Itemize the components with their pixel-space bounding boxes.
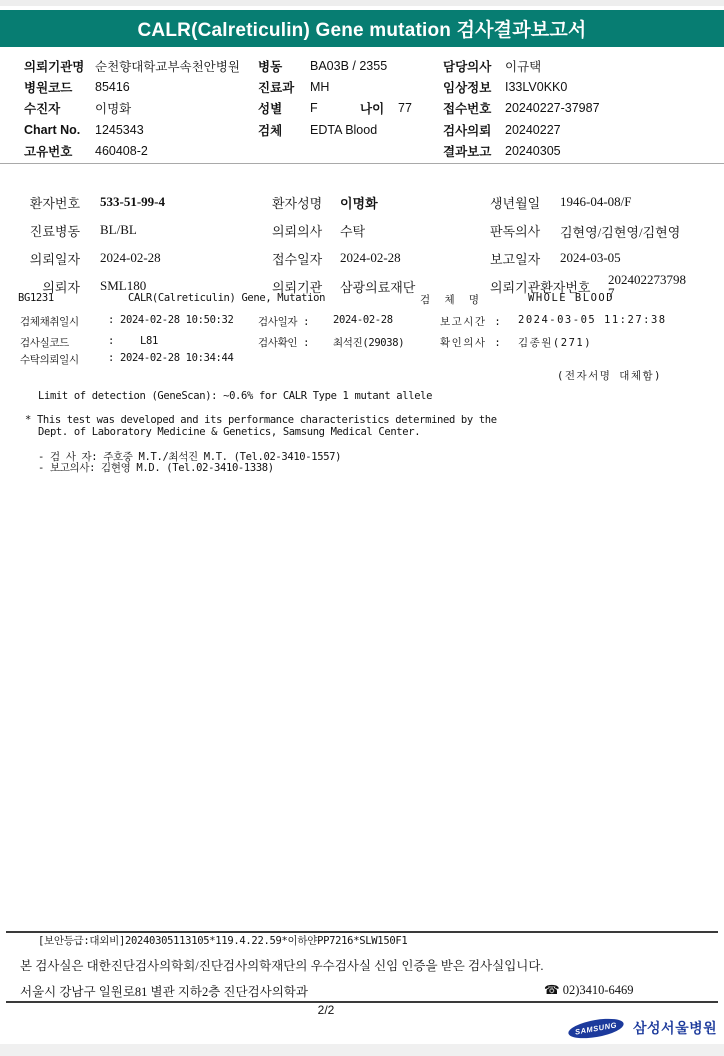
unique-no-row: 고유번호 460408-2 [24, 141, 240, 162]
unique-no-label: 고유번호 [24, 142, 95, 160]
specimen-name-label: 검 체 명 [420, 292, 483, 307]
security-classification-line: [보안등급:대외비]20240305113105*119.4.22.59*이하얀… [38, 933, 407, 948]
receipt-no-row: 접수번호 20240227-37987 [443, 98, 600, 119]
test-date-value: 2024-02-28 [333, 314, 393, 326]
attending-doctor-value: 이규택 [505, 57, 541, 75]
bottom-edge-strip [0, 1044, 724, 1056]
page-number: 2/2 [0, 1003, 652, 1017]
colon: : [108, 352, 114, 364]
address-line: 서울시 강남구 일원로81 별관 지하2층 진단검사의학과 [20, 982, 308, 1000]
order-info-right-column: 담당의사 이규택 임상정보 I33LV0KK0 접수번호 20240227-37… [443, 55, 600, 162]
birth-date-label: 생년월일 [490, 193, 540, 212]
ward-row: 병동 BA03B / 2355 [258, 55, 412, 76]
samsung-logo-icon: SAMSUNG [567, 1015, 625, 1041]
requesting-doctor-value: 수탁 [340, 221, 365, 240]
receipt-date-label: 접수일자 [272, 249, 324, 268]
sex-age-row: 성별 F 나이 77 [258, 98, 412, 119]
patient-no-row: 환자번호 533-51-99-4 [28, 188, 165, 216]
ward-label: 병동 [258, 57, 310, 75]
sex-value: F [310, 101, 360, 115]
section-divider [0, 163, 724, 164]
phone-block: ☎ 02)3410-6469 [544, 982, 634, 998]
confirm-doctor-label: 확인의사 : [440, 335, 502, 350]
department-value: MH [310, 80, 329, 94]
chart-no-row: Chart No. 1245343 [24, 119, 240, 140]
department-row: 진료과 MH [258, 76, 412, 97]
reading-doctor-value: 김현영/김현영/김현영 [560, 222, 680, 241]
ward-value: BA03B / 2355 [310, 59, 387, 73]
referral-row: 수탁의뢰일시 : 2024-02-28 10:34:44 [0, 352, 724, 367]
test-confirm-value: 최석진(29038) [333, 335, 404, 350]
clinical-info-label: 임상정보 [443, 78, 505, 96]
department-label: 진료과 [258, 78, 310, 96]
order-info-left-column: 의뢰기관명 순천향대학교부속천안병원 병원코드 85416 수진자 이명화 Ch… [24, 55, 240, 162]
report-time-label: 보고시간 : [440, 314, 502, 329]
lab-code-label: 검사실코드 [20, 335, 69, 350]
specimen-name-value: WHOLE BLOOD [528, 292, 614, 304]
specimen-type-row: 검체 EDTA Blood [258, 119, 412, 140]
patient-name-label: 환자성명 [272, 193, 324, 212]
test-title-row: BG1231 CALR(Calreticulin) Gene, Mutation… [0, 292, 724, 307]
test-date-label: 검사일자 : [258, 314, 309, 329]
examinee-value: 이명화 [95, 99, 131, 117]
clinical-info-value: I33LV0KK0 [505, 80, 567, 94]
colon: : [108, 335, 114, 347]
birth-date-row: 생년월일 1946-04-08/F [490, 188, 590, 216]
age-value: 77 [398, 101, 412, 115]
ordering-institution-label: 의뢰기관명 [24, 57, 95, 75]
ordering-institution-row: 의뢰기관명 순천향대학교부속천안병원 [24, 55, 240, 76]
clinical-info-row: 임상정보 I33LV0KK0 [443, 76, 600, 97]
colon: : [108, 314, 114, 326]
collection-datetime-value: 2024-02-28 10:50:32 [120, 314, 233, 326]
lab-code-value: L81 [140, 335, 158, 347]
care-ward-value: BL/BL [100, 222, 137, 238]
collection-row: 검체채취일시 : 2024-02-28 10:50:32 검사일자 : 2024… [0, 314, 724, 329]
samsung-logo-word: SAMSUNG [574, 1020, 617, 1036]
esign-row: (전자서명 대체함) [0, 368, 724, 383]
hospital-code-value: 85416 [95, 80, 130, 94]
requesting-doctor-row: 의뢰의사 수탁 [272, 216, 415, 244]
sex-label: 성별 [258, 99, 310, 117]
phone-number: 02)3410-6469 [563, 983, 634, 997]
report-date-value: 2024-03-05 [560, 250, 621, 266]
test-note-line1: * This test was developed and its perfor… [25, 414, 497, 426]
test-confirm-label: 검사확인 : [258, 335, 309, 350]
receipt-date-row: 접수일자 2024-02-28 [272, 244, 415, 272]
specimen-type-value: EDTA Blood [310, 123, 377, 137]
lab-report-page: CALR(Calreticulin) Gene mutation 검사결과보고서… [0, 0, 724, 1056]
unique-no-value: 460408-2 [95, 144, 148, 158]
test-request-date-label: 검사의뢰 [443, 121, 505, 139]
age-label: 나이 [360, 99, 398, 117]
test-request-date-value: 20240227 [505, 123, 561, 137]
top-edge-strip [0, 0, 724, 6]
result-report-date-row: 결과보고 20240305 [443, 141, 600, 162]
confirm-doctor-value: 김종원(271) [518, 335, 592, 350]
report-date-label: 보고일자 [490, 249, 540, 268]
attending-doctor-row: 담당의사 이규택 [443, 55, 600, 76]
reading-doctor-row: 판독의사 김현영/김현영/김현영 [490, 216, 590, 244]
ordering-institution-value: 순천향대학교부속천안병원 [95, 57, 240, 75]
referral-datetime-value: 2024-02-28 10:34:44 [120, 352, 233, 364]
collection-datetime-label: 검체채취일시 [20, 314, 79, 329]
phone-icon: ☎ [544, 983, 560, 997]
test-code: BG1231 [18, 292, 54, 304]
attending-doctor-label: 담당의사 [443, 57, 505, 75]
order-info-middle-column: 병동 BA03B / 2355 진료과 MH 성별 F 나이 77 검체 EDT… [258, 55, 412, 141]
examinee-row: 수진자 이명화 [24, 98, 240, 119]
accreditation-line: 본 검사실은 대한진단검사의학회/진단검사의학재단의 우수검사실 신임 인증을 … [20, 956, 544, 974]
hospital-code-label: 병원코드 [24, 78, 95, 96]
care-ward-label: 진료병동 [28, 221, 80, 240]
patient-name-row: 환자성명 이명화 [272, 188, 415, 216]
examinee-label: 수진자 [24, 99, 95, 117]
request-date-value: 2024-02-28 [100, 250, 161, 266]
patient-middle-column: 환자성명 이명화 의뢰의사 수탁 접수일자 2024-02-28 의뢰기관 삼광… [272, 188, 415, 300]
test-request-date-row: 검사의뢰 20240227 [443, 119, 600, 140]
test-name: CALR(Calreticulin) Gene, Mutation [128, 292, 325, 304]
result-report-date-label: 결과보고 [443, 142, 505, 160]
specimen-type-label: 검체 [258, 121, 310, 139]
report-time-value: 2024-03-05 11:27:38 [518, 314, 667, 326]
request-date-label: 의뢰일자 [28, 249, 80, 268]
patient-no-label: 환자번호 [28, 193, 80, 212]
result-report-date-value: 20240305 [505, 144, 561, 158]
patient-right-column: 생년월일 1946-04-08/F 판독의사 김현영/김현영/김현영 보고일자 … [490, 188, 590, 300]
hospital-name: 삼성서울병원 [633, 1018, 717, 1038]
chart-no-label: Chart No. [24, 123, 95, 137]
limit-of-detection-line: Limit of detection (GeneScan): ~0.6% for… [38, 390, 432, 402]
referral-datetime-label: 수탁의뢰일시 [20, 352, 79, 367]
report-title-bar: CALR(Calreticulin) Gene mutation 검사결과보고서 [0, 10, 724, 47]
chart-no-value: 1245343 [95, 123, 144, 137]
hospital-code-row: 병원코드 85416 [24, 76, 240, 97]
birth-date-value: 1946-04-08/F [560, 194, 632, 210]
test-note-line2: Dept. of Laboratory Medicine & Genetics,… [38, 426, 420, 438]
receipt-no-label: 접수번호 [443, 99, 505, 117]
lab-code-row: 검사실코드 : L81 검사확인 : 최석진(29038) 확인의사 : 김종원… [0, 335, 724, 350]
requesting-doctor-label: 의뢰의사 [272, 221, 324, 240]
receipt-no-value: 20240227-37987 [505, 101, 600, 115]
report-date-row: 보고일자 2024-03-05 [490, 244, 590, 272]
care-ward-row: 진료병동 BL/BL [28, 216, 165, 244]
patient-name-value: 이명화 [340, 193, 378, 212]
esign-note: (전자서명 대체함) [557, 368, 662, 383]
reporter-line: - 보고의사: 김현영 M.D. (Tel.02-3410-1338) [38, 460, 274, 475]
receipt-date-value: 2024-02-28 [340, 250, 401, 266]
request-date-row: 의뢰일자 2024-02-28 [28, 244, 165, 272]
page-title: CALR(Calreticulin) Gene mutation 검사결과보고서 [138, 15, 587, 42]
patient-left-column: 환자번호 533-51-99-4 진료병동 BL/BL 의뢰일자 2024-02… [28, 188, 165, 300]
reading-doctor-label: 판독의사 [490, 221, 540, 240]
patient-no-value: 533-51-99-4 [100, 194, 165, 210]
